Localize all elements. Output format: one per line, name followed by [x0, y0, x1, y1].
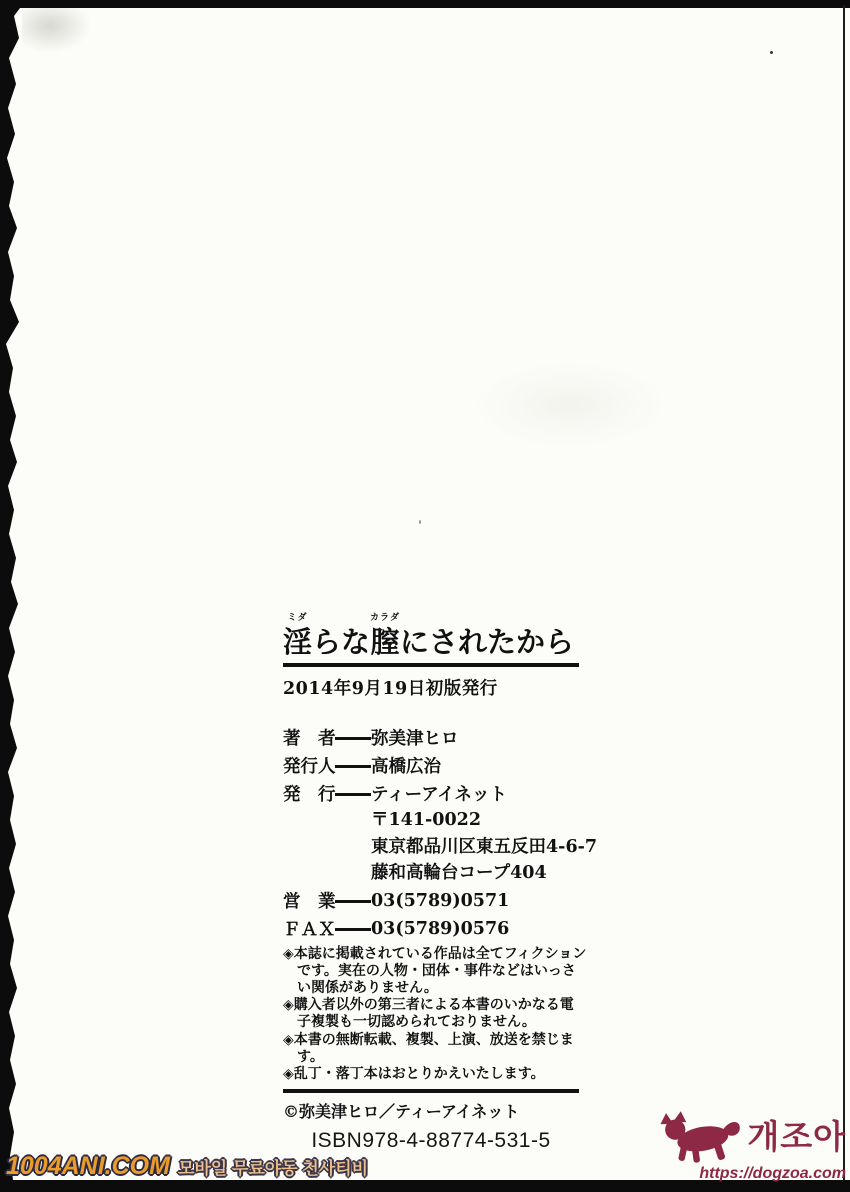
dust-speck	[419, 520, 421, 524]
paper-smudge	[22, 8, 92, 53]
scan-torn-edge-left	[0, 0, 28, 1192]
row-value: 高橋広治	[371, 753, 441, 778]
dash-line	[335, 737, 371, 740]
furigana: カラダ	[370, 612, 400, 625]
publication-row: ＦＡＸ03(5789)0576	[283, 915, 579, 943]
address-line: 〒141-0022	[371, 807, 579, 834]
title-segment: ミダ淫	[283, 612, 312, 659]
colophon-divider	[283, 1089, 579, 1093]
isbn-number: ISBN978-4-88774-531-5	[283, 1129, 579, 1153]
dash-line	[335, 900, 371, 903]
watermark-sitename-text: 개조아	[747, 1119, 846, 1155]
publication-row: 発行人高橋広治	[283, 751, 579, 779]
notice-line: ◈本書の無断転載、複製、上演、放送を禁じます。	[283, 1032, 587, 1066]
title-text: 膣	[370, 625, 399, 659]
notice-line: ◈本誌に掲載されている作品は全てフィクションです。実在の人物・団体・事件などはい…	[283, 946, 587, 998]
colophon: ミダ淫らなカラダ膣にされたから 2014年9月19日初版発行 著 者弥美津ヒロ発…	[283, 612, 579, 1153]
row-label: ＦＡＸ	[283, 916, 335, 941]
row-value: ティーアイネット	[371, 781, 507, 806]
watermark-url-text: https://dogzoa.com	[655, 1165, 846, 1183]
watermark-site-text: 1004ANI.COM	[6, 1152, 170, 1180]
dash-line	[335, 928, 371, 931]
publication-row: 発 行ティーアイネット	[283, 779, 579, 807]
title-segment: にされたから	[400, 612, 574, 659]
book-title: ミダ淫らなカラダ膣にされたから	[283, 612, 579, 659]
address-line: 藤和高輪台コープ404	[371, 860, 579, 887]
scanned-page: ミダ淫らなカラダ膣にされたから 2014年9月19日初版発行 著 者弥美津ヒロ発…	[0, 0, 850, 1192]
row-value: 03(5789)0576	[371, 919, 509, 939]
scan-edge-right	[843, 5, 845, 1180]
title-text: 淫	[283, 625, 312, 659]
row-label: 著 者	[283, 725, 335, 750]
title-text: らな	[312, 625, 370, 659]
publication-rows: 著 者弥美津ヒロ発行人高橋広治発 行ティーアイネット	[283, 723, 579, 807]
legal-notices: ◈本誌に掲載されている作品は全てフィクションです。実在の人物・団体・事件などはい…	[283, 946, 587, 1084]
row-label: 発 行	[283, 781, 335, 806]
scan-edge-top	[0, 0, 850, 8]
title-divider	[283, 663, 579, 667]
dog-logo-icon	[655, 1109, 747, 1165]
notice-line: ◈乱丁・落丁本はおとりかえいたします。	[283, 1066, 587, 1083]
copyright-line: ©弥美津ヒロ／ティーアイネット	[283, 1099, 579, 1122]
row-label: 営 業	[283, 888, 335, 913]
dash-line	[335, 793, 371, 796]
dust-speck	[770, 51, 773, 54]
contact-rows: 営 業03(5789)0571ＦＡＸ03(5789)0576	[283, 887, 579, 943]
edition-date: 2014年9月19日初版発行	[283, 675, 579, 700]
title-text: にされたから	[400, 625, 574, 659]
paper-smudge	[470, 360, 670, 450]
dash-line	[335, 765, 371, 768]
furigana: ミダ	[288, 612, 308, 625]
notice-line: ◈購入者以外の第三者による本書のいかなる電子複製も一切認められておりません。	[283, 997, 587, 1031]
row-value: 弥美津ヒロ	[371, 725, 459, 750]
row-label: 発行人	[283, 753, 335, 778]
address-line: 東京都品川区東五反田4-6-7	[371, 834, 579, 861]
publication-row: 著 者弥美津ヒロ	[283, 723, 579, 751]
row-value: 03(5789)0571	[371, 891, 509, 911]
title-segment: カラダ膣	[370, 612, 400, 659]
publisher-address: 〒141-0022東京都品川区東五反田4-6-7藤和高輪台コープ404	[371, 807, 579, 887]
watermark-left: 1004ANI.COM모바일 무료야동 천사티비	[6, 1152, 368, 1181]
publication-row: 営 業03(5789)0571	[283, 887, 579, 915]
watermark-dogzoa: 개조아 https://dogzoa.com	[655, 1109, 846, 1183]
watermark-tagline-text: 모바일 무료야동 천사티비	[178, 1159, 368, 1178]
title-segment: らな	[312, 612, 370, 659]
